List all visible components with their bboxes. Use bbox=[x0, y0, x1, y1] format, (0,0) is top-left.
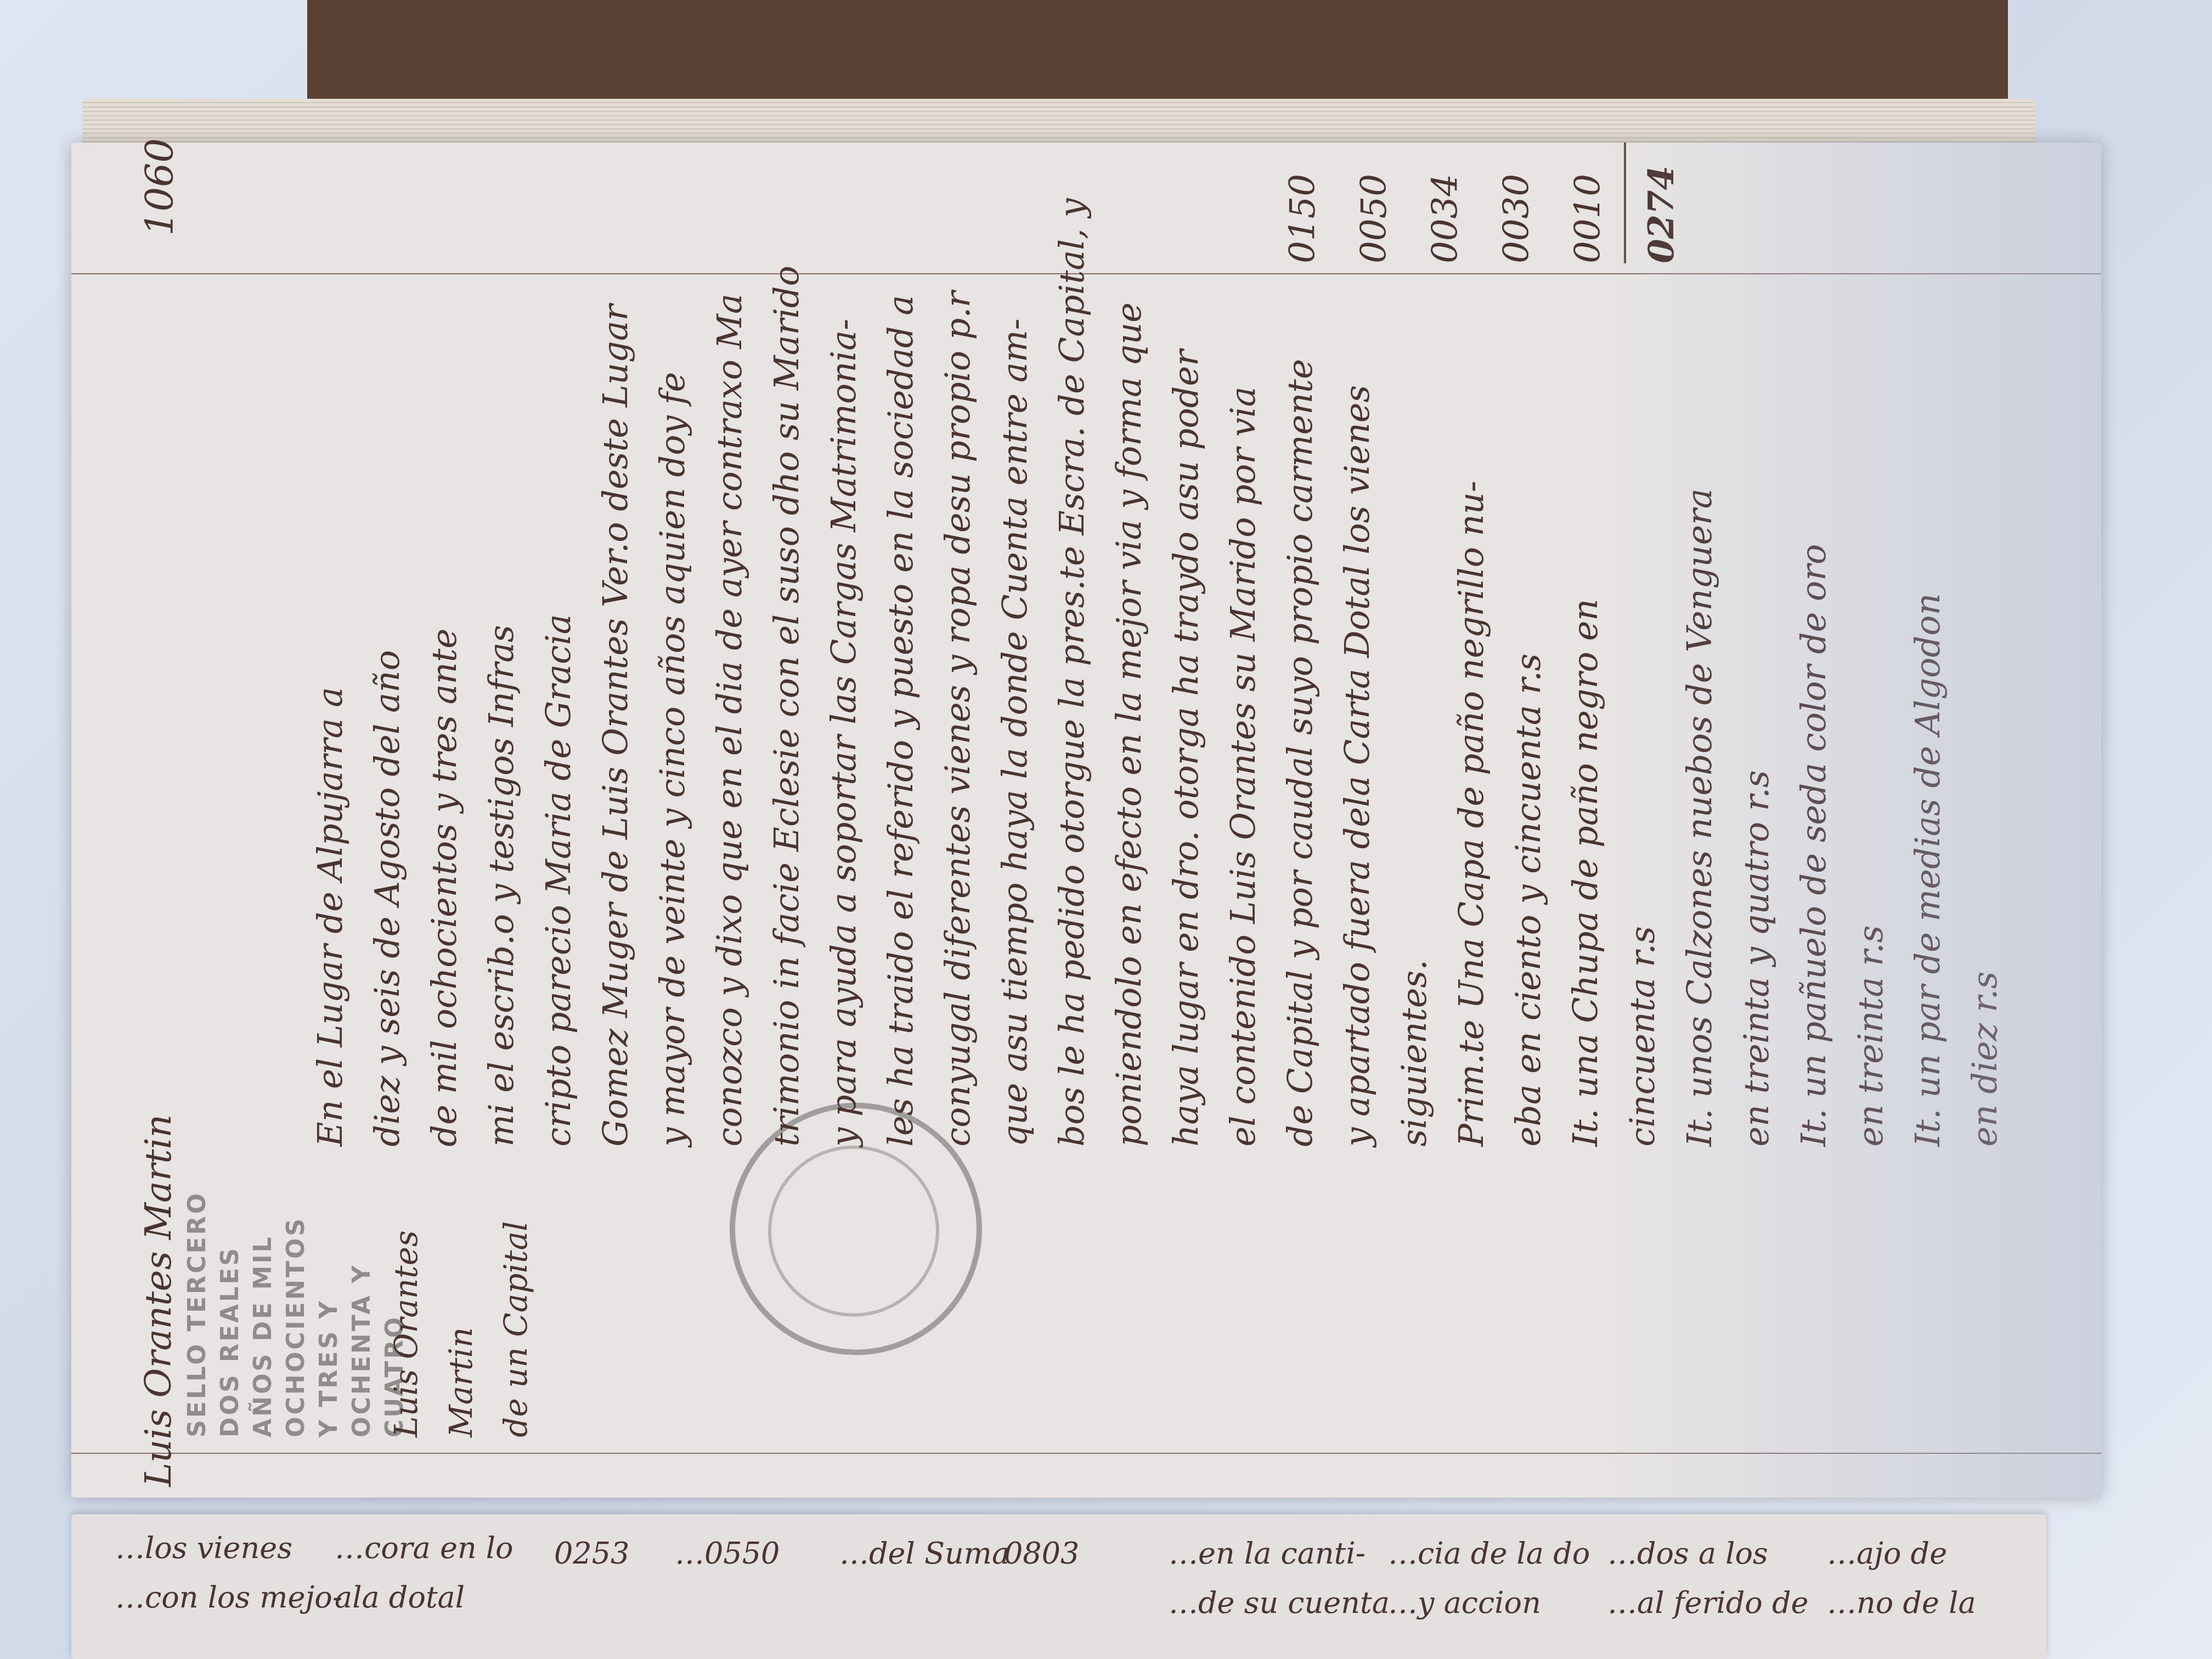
body-line: cripto parecio Maria de Gracia bbox=[530, 269, 587, 1147]
body-line: It. un pañuelo de seda color de oro bbox=[1785, 269, 1842, 1147]
amount-value: 0050 bbox=[1339, 143, 1410, 263]
body-line: Gomez Muger de Luis Orantes Ver.o deste … bbox=[587, 269, 644, 1147]
body-line: de Capital y por caudal suyo propio carm… bbox=[1272, 269, 1329, 1147]
manuscript-body: En el Lugar de Alpujarra a diez y seis d… bbox=[302, 269, 2013, 1147]
facing-fragment: …al ferido de bbox=[1607, 1585, 1808, 1620]
facing-fragment: …ajo de bbox=[1827, 1536, 1947, 1571]
facing-fragment: 0253 bbox=[554, 1536, 629, 1571]
amount-value: 0034 bbox=[1410, 143, 1481, 263]
facing-fragment: …los vienes bbox=[115, 1531, 292, 1565]
body-line: It. una Chupa de paño negro en bbox=[1557, 269, 1614, 1147]
facing-fragment: 0803 bbox=[1004, 1536, 1079, 1571]
amount-value: 0150 bbox=[1267, 143, 1339, 263]
printed-tax-stamp: SELLO TERCERO DOS REALES AÑOS DE MIL OCH… bbox=[181, 1152, 411, 1437]
facing-page: …los vienes …con los mejo- …cora en lo a… bbox=[71, 1514, 2046, 1659]
facing-fragment: …de su cuenta bbox=[1169, 1585, 1390, 1620]
facing-fragment: …cia de la do bbox=[1388, 1536, 1590, 1571]
body-line: Prim.te Una Capa de paño negrillo nu- bbox=[1443, 269, 1500, 1147]
marginal-note-line: Martin bbox=[433, 1163, 488, 1437]
body-line: en diez r.s bbox=[1956, 269, 2013, 1147]
body-line: bos le ha pedido otorgue la pres.te Escr… bbox=[1043, 269, 1101, 1147]
margin-heading: Luis Orantes Martin bbox=[137, 1114, 179, 1487]
amount-value: 0030 bbox=[1481, 143, 1553, 263]
body-line: haya lugar en dro. otorga ha traydo asu … bbox=[1158, 269, 1215, 1147]
body-line: poniendolo en efecto en la mejor via y f… bbox=[1101, 269, 1158, 1147]
body-line: conyugal diferentes vienes y ropa desu p… bbox=[929, 269, 986, 1147]
amount-total: 0274 bbox=[1624, 143, 1697, 263]
facing-fragment: …no de la bbox=[1827, 1585, 1976, 1620]
stamp-line: DOS REALES bbox=[214, 1152, 247, 1437]
ink-seal-inner-ring bbox=[768, 1145, 939, 1317]
body-line: diez y seis de Agosto del año bbox=[359, 269, 416, 1147]
manuscript-page: Luis Orantes Martin SELLO TERCERO DOS RE… bbox=[71, 143, 2101, 1498]
marginal-note: Luis Orantes Martin de un Capital bbox=[379, 1163, 543, 1437]
body-line: It. un par de medias de Algodon bbox=[1899, 269, 1956, 1147]
body-line: siguientes. bbox=[1386, 269, 1443, 1147]
body-line: de mil ochocientos y tres ante bbox=[416, 269, 473, 1147]
body-line: el contenido Luis Orantes su Marido por … bbox=[1215, 269, 1272, 1147]
body-line: mi el escrib.o y testigos Infras bbox=[473, 269, 530, 1147]
body-line: en treinta y quatro r.s bbox=[1728, 269, 1785, 1147]
facing-fragment: ala dotal bbox=[335, 1580, 465, 1615]
marginal-note-line: de un Capital bbox=[488, 1163, 543, 1437]
body-line: conozco y dixo que en el dia de ayer con… bbox=[701, 269, 758, 1147]
facing-fragment: …del Suma bbox=[839, 1536, 1009, 1571]
left-margin-rule bbox=[71, 1453, 2101, 1454]
body-line: les ha traido el referido y puesto en la… bbox=[872, 269, 929, 1147]
body-line: trimonio in facie Eclesie con el suso dh… bbox=[758, 269, 815, 1147]
marginal-note-line: Luis Orantes bbox=[379, 1163, 433, 1437]
facing-page-text: …los vienes …con los mejo- …cora en lo a… bbox=[71, 1514, 2046, 1659]
amounts-column: 0150 0050 0034 0030 0010 0274 bbox=[1267, 143, 1697, 263]
body-line: que asu tiempo haya la donde Cuenta entr… bbox=[986, 269, 1043, 1147]
body-line: En el Lugar de Alpujarra a bbox=[302, 269, 359, 1147]
facing-fragment: …en la canti- bbox=[1169, 1536, 1365, 1571]
facing-fragment: …con los mejo- bbox=[115, 1580, 342, 1615]
body-line: y mayor de veinte y cinco años aquien do… bbox=[644, 269, 701, 1147]
facing-fragment: …cora en lo bbox=[335, 1531, 513, 1565]
body-line: en treinta r.s bbox=[1842, 269, 1899, 1147]
rotated-page-content: Luis Orantes Martin SELLO TERCERO DOS RE… bbox=[71, 143, 2101, 1498]
folio-number: 1060 bbox=[137, 138, 182, 236]
body-line: eba en ciento y cincuenta r.s bbox=[1500, 269, 1557, 1147]
facing-fragment: …dos a los bbox=[1607, 1536, 1768, 1571]
stamp-line: SELLO TERCERO bbox=[181, 1152, 214, 1437]
body-line: y apartado fuera dela Carta Dotal los vi… bbox=[1329, 269, 1386, 1147]
body-line: cincuenta r.s bbox=[1614, 269, 1671, 1147]
facing-fragment: …y accion bbox=[1388, 1585, 1541, 1620]
body-line: y para ayuda a soportar las Cargas Matri… bbox=[815, 269, 872, 1147]
facing-fragment: …0550 bbox=[675, 1536, 780, 1571]
body-line: It. unos Calzones nuebos de Venguera bbox=[1671, 269, 1728, 1147]
stamp-line: AÑOS DE MIL OCHOCIENTOS bbox=[247, 1152, 313, 1437]
amount-value: 0010 bbox=[1553, 143, 1624, 263]
